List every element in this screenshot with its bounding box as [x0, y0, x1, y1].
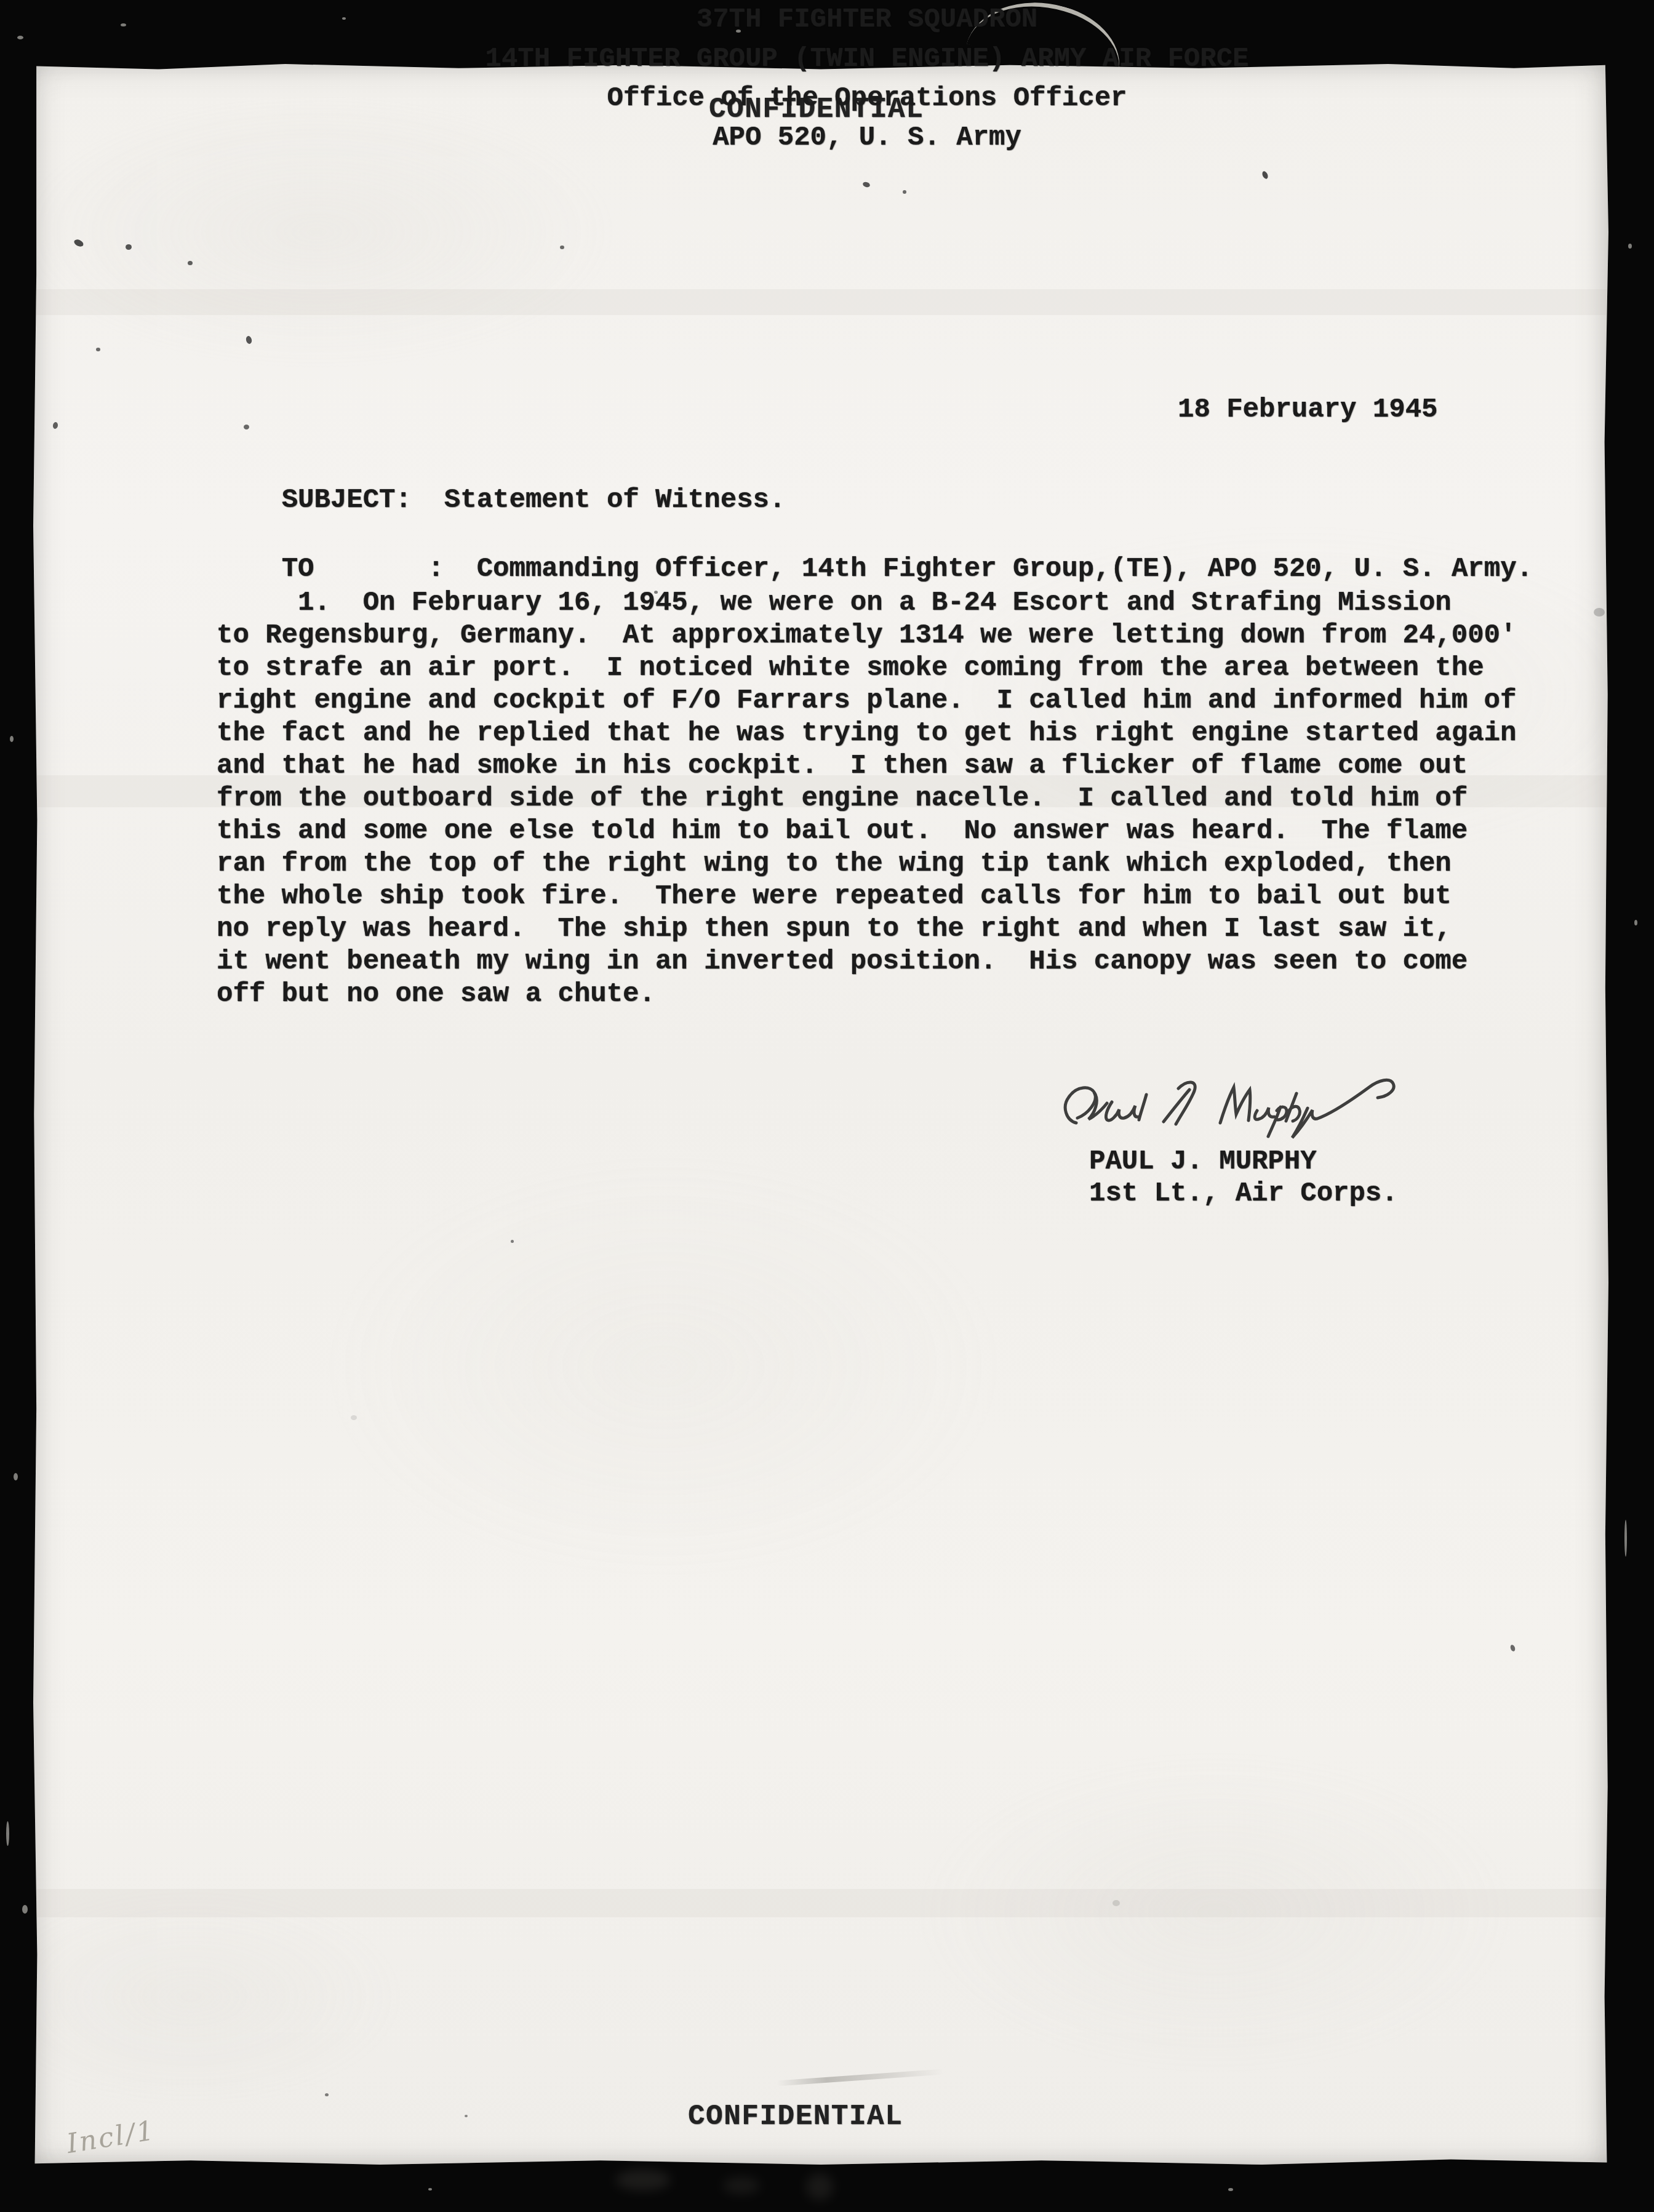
signature-title: 1st Lt., Air Corps. — [1089, 1178, 1398, 1210]
letterhead-line: Office of the Operations Officer — [80, 79, 1654, 118]
scan-artifact — [14, 1473, 18, 1480]
ink-speck — [654, 591, 658, 594]
handwritten-signature — [1055, 1061, 1434, 1148]
classification-marking-bottom: CONFIDENTIAL — [688, 2101, 903, 2133]
body-line: and that he had smoke in his cockpit. I … — [217, 750, 1516, 783]
ink-speck — [903, 190, 906, 194]
scan-artifact — [1228, 2188, 1233, 2191]
scan-artifact — [6, 1821, 9, 1846]
ink-speck — [465, 2115, 468, 2117]
body-line: from the outboard side of the right engi… — [217, 783, 1516, 815]
ink-speck — [351, 1415, 357, 1420]
ink-speck — [244, 425, 249, 429]
scan-artifact — [806, 2173, 833, 2200]
scan-artifact — [1624, 1520, 1627, 1557]
ink-speck — [96, 348, 100, 351]
subject-label: SUBJECT: — [282, 485, 412, 516]
scan-band-artifact — [33, 1889, 1608, 1917]
scanned-document-page: CONFIDENTIAL 37TH FIGHTER SQUADRON14TH F… — [0, 0, 1654, 2212]
letterhead: 37TH FIGHTER SQUADRON14TH FIGHTER GROUP … — [0, 0, 1654, 158]
body-line: it went beneath my wing in an inverted p… — [217, 946, 1516, 978]
date-line: 18 February 1945 — [1178, 394, 1437, 426]
ink-speck — [1594, 608, 1605, 617]
scan-artifact — [723, 2177, 760, 2194]
ink-speck — [188, 261, 193, 265]
letterhead-line: 37TH FIGHTER SQUADRON — [80, 0, 1654, 39]
ink-speck — [511, 1240, 514, 1243]
scan-artifact — [615, 2170, 671, 2190]
body-line: the fact and he replied that he was tryi… — [217, 717, 1516, 750]
body-line: this and some one else told him to bail … — [217, 815, 1516, 848]
body-line: the whole ship took fire. There were rep… — [217, 880, 1516, 913]
signature-name: PAUL J. MURPHY — [1089, 1146, 1317, 1178]
body-line: to strafe an air port. I noticed white s… — [217, 652, 1516, 685]
letterhead-line: APO 520, U. S. Army — [80, 118, 1654, 158]
scan-artifact — [22, 1905, 28, 1914]
subject-value: Statement of Witness. — [444, 485, 786, 516]
ink-speck — [126, 244, 132, 250]
body-line: to Regensburg, Germany. At approximately… — [217, 620, 1516, 652]
scan-artifact — [1634, 920, 1637, 925]
body-paragraph: 1. On February 16, 1945, we were on a B-… — [217, 587, 1516, 1011]
body-line: off but no one saw a chute. — [217, 978, 1516, 1011]
scan-artifact — [428, 2188, 432, 2190]
ink-speck — [325, 2093, 329, 2096]
scan-artifact — [1628, 244, 1632, 249]
to-value: Commanding Officer, 14th Fighter Group,(… — [477, 554, 1533, 585]
body-line: 1. On February 16, 1945, we were on a B-… — [217, 587, 1516, 620]
to-label: TO : — [282, 554, 444, 585]
body-line: right engine and cockpit of F/O Farrars … — [217, 685, 1516, 717]
scan-band-artifact — [33, 289, 1608, 315]
body-line: ran from the top of the right wing to th… — [217, 848, 1516, 880]
ink-speck — [560, 246, 564, 249]
body-line: no reply was heard. The ship then spun t… — [217, 913, 1516, 946]
letterhead-line: 14TH FIGHTER GROUP (TWIN ENGINE) ARMY AI… — [80, 39, 1654, 79]
scan-artifact — [10, 736, 14, 742]
ink-speck — [1113, 1900, 1120, 1906]
